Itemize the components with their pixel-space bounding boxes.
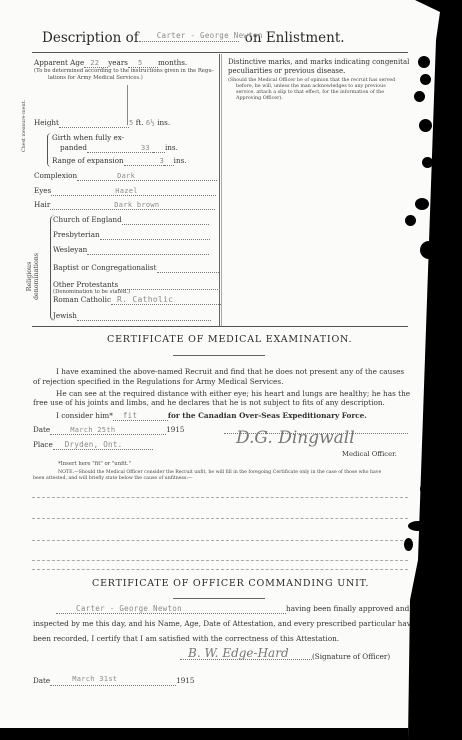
religion-value: R. Catholic — [117, 295, 173, 304]
column-divider-2 — [221, 54, 222, 326]
religion-row-roman-catholic: Roman CatholicR. Catholic — [53, 295, 221, 305]
medical-date-value: March 25th — [70, 426, 115, 434]
height-feet-value: 5 — [129, 119, 134, 127]
height-inches-label: ins. — [157, 118, 170, 127]
girth-row: panded33 ins. — [60, 143, 178, 153]
medical-officer-title: Medical Officer. — [342, 450, 397, 458]
girth-value: 33 — [141, 144, 150, 152]
medical-officer-signature: D.G. Dingwall — [236, 428, 355, 448]
officer-line2: inspected by me this day, and his Name, … — [33, 619, 423, 628]
medical-para1-line2: of rejection specified in the Regulation… — [33, 377, 283, 386]
unfitness-line-1 — [32, 497, 408, 498]
hair-value: Dark brown — [114, 201, 159, 209]
officer-signature: B. W. Edge-Hard — [188, 646, 289, 660]
age-note-2: lations for Army Medical Services.) — [48, 75, 143, 81]
punch-hole — [415, 198, 429, 210]
unfitness-line-5 — [32, 569, 408, 570]
unfit-note-2: been attested, and will briefly state be… — [33, 476, 193, 481]
punch-hole — [420, 74, 431, 85]
distinctive-marks-note-2: before, he will, unless the man acknowle… — [236, 84, 386, 89]
height-feet-label: ft. — [136, 118, 144, 127]
medical-place-value: Dryden, Ont. — [65, 440, 123, 449]
medical-para2-line2: free use of his joints and limbs, and he… — [33, 398, 385, 407]
medical-date-row: DateMarch 25th 1915 — [33, 425, 185, 435]
punch-hole — [422, 157, 433, 168]
age-months-label: months. — [158, 58, 187, 67]
name-value: Carter - George Newton — [157, 31, 263, 40]
officer-certificate-title: CERTIFICATE OF OFFICER COMMANDING UNIT. — [92, 578, 369, 589]
religion-side-label: Religious denominations — [26, 253, 40, 300]
consider-suffix: for the Canadian Over-Seas Expeditionary… — [168, 411, 367, 420]
officer-title-rule — [173, 598, 265, 599]
officer-signature-label: (Signature of Officer) — [312, 652, 390, 661]
medical-title-rule — [173, 355, 265, 356]
distinctive-marks-title-2: peculiarities or previous disease. — [228, 67, 345, 75]
age-years-label: years — [108, 58, 128, 67]
consider-prefix: I consider him* — [56, 411, 113, 420]
officer-date-value: March 31st — [72, 675, 117, 683]
medical-place-label: Place — [33, 440, 53, 449]
page-title: Description ofCarter - George Newtonon E… — [42, 30, 345, 46]
complexion-row: ComplexionDark — [34, 171, 217, 181]
medical-place-row: PlaceDryden, Ont. — [33, 440, 153, 450]
officer-name-row: Carter - George Newton having been final… — [56, 604, 409, 614]
age-months-value: 5 — [138, 59, 143, 67]
distinctive-marks-note-1: (Should the Medical Officer be of opinio… — [228, 78, 395, 83]
distinctive-marks-note-4: Approving Officer). — [236, 96, 283, 101]
punch-hole — [414, 91, 425, 102]
officer-name-value: Carter - George Newton — [76, 604, 182, 613]
complexion-value: Dark — [117, 172, 135, 180]
girth-unit: ins. — [165, 143, 178, 152]
religion-row-presbyterian: Presbyterian — [53, 230, 210, 240]
age-years-value: 22 — [90, 59, 99, 67]
expansion-value: 3 — [160, 157, 165, 165]
chest-brace — [47, 133, 51, 167]
scan-bottom-edge — [0, 728, 462, 740]
punch-hole — [418, 56, 430, 68]
officer-date-label: Date — [33, 676, 50, 685]
eyes-row: EyesHazel — [34, 186, 216, 196]
punch-hole — [405, 215, 416, 226]
age-row: Apparent Age22 years5 months. — [34, 58, 187, 68]
religion-row-jewish: Jewish — [53, 311, 211, 321]
eyes-value: Hazel — [115, 187, 138, 195]
unfitness-line-3 — [32, 540, 408, 541]
expansion-label: Range of expansion — [52, 156, 124, 165]
medical-para2-line1: He can see at the required distance with… — [56, 389, 410, 398]
height-row: Height 5 ft. 6½ ins. — [34, 118, 170, 128]
punch-hole — [408, 521, 428, 531]
punch-hole — [420, 481, 436, 497]
section-rule — [32, 326, 408, 327]
insert-note: *Insert here "fit" or "unfit." — [58, 461, 131, 467]
expansion-unit: ins. — [174, 156, 187, 165]
medical-date-year: 1915 — [166, 425, 184, 434]
hair-label: Hair — [34, 200, 50, 209]
punch-hole — [419, 119, 432, 132]
fitness-value: fit — [123, 411, 137, 420]
attestation-page: Description ofCarter - George Newtonon E… — [0, 0, 462, 740]
unfitness-line-2 — [32, 518, 408, 519]
punch-hole — [420, 241, 438, 259]
header-rule — [32, 52, 408, 53]
height-label: Height — [34, 118, 59, 127]
distinctive-marks-note-3: service, attach a slip to that effect, f… — [236, 90, 384, 95]
punch-hole — [404, 538, 413, 551]
girth-label-2: panded — [60, 143, 87, 152]
officer-line1-suffix: having been finally approved and — [286, 604, 409, 613]
religion-row-church-of-england: Church of England — [53, 215, 209, 225]
consider-row: I consider him*fit for the Canadian Over… — [56, 411, 367, 421]
medical-date-label: Date — [33, 425, 50, 434]
officer-date-year: 1915 — [176, 676, 194, 685]
complexion-label: Complexion — [34, 171, 77, 180]
expansion-row: Range of expansion3 ins. — [52, 156, 187, 166]
religion-row-baptist: Baptist or Congregationalist — [53, 263, 219, 273]
height-inches-value: 6½ — [146, 119, 155, 127]
age-label: Apparent Age — [34, 58, 84, 67]
girth-label-1: Girth when fully ex- — [52, 133, 124, 142]
hair-row: HairDark brown — [34, 200, 215, 210]
officer-line3: been recorded, I certify that I am satis… — [33, 634, 339, 643]
title-prefix: Description of — [42, 30, 139, 46]
officer-date-row: DateMarch 31st 1915 — [33, 676, 195, 686]
medical-para1-line1: I have examined the above-named Recruit … — [56, 367, 404, 376]
distinctive-marks-title-1: Distinctive marks, and marks indicating … — [228, 58, 409, 66]
unfitness-line-4 — [32, 560, 408, 561]
name-field: Carter - George Newton — [139, 32, 239, 42]
eyes-label: Eyes — [34, 186, 51, 195]
unfit-note-1: NOTE.—Should the Medical Officer conside… — [58, 470, 381, 475]
chest-side-label: Chest measure-ment. — [22, 100, 27, 152]
religion-row-wesleyan: Wesleyan — [53, 245, 209, 255]
medical-certificate-title: CERTIFICATE OF MEDICAL EXAMINATION. — [107, 334, 352, 345]
age-note-1: (To be determined according to the instr… — [34, 68, 214, 74]
